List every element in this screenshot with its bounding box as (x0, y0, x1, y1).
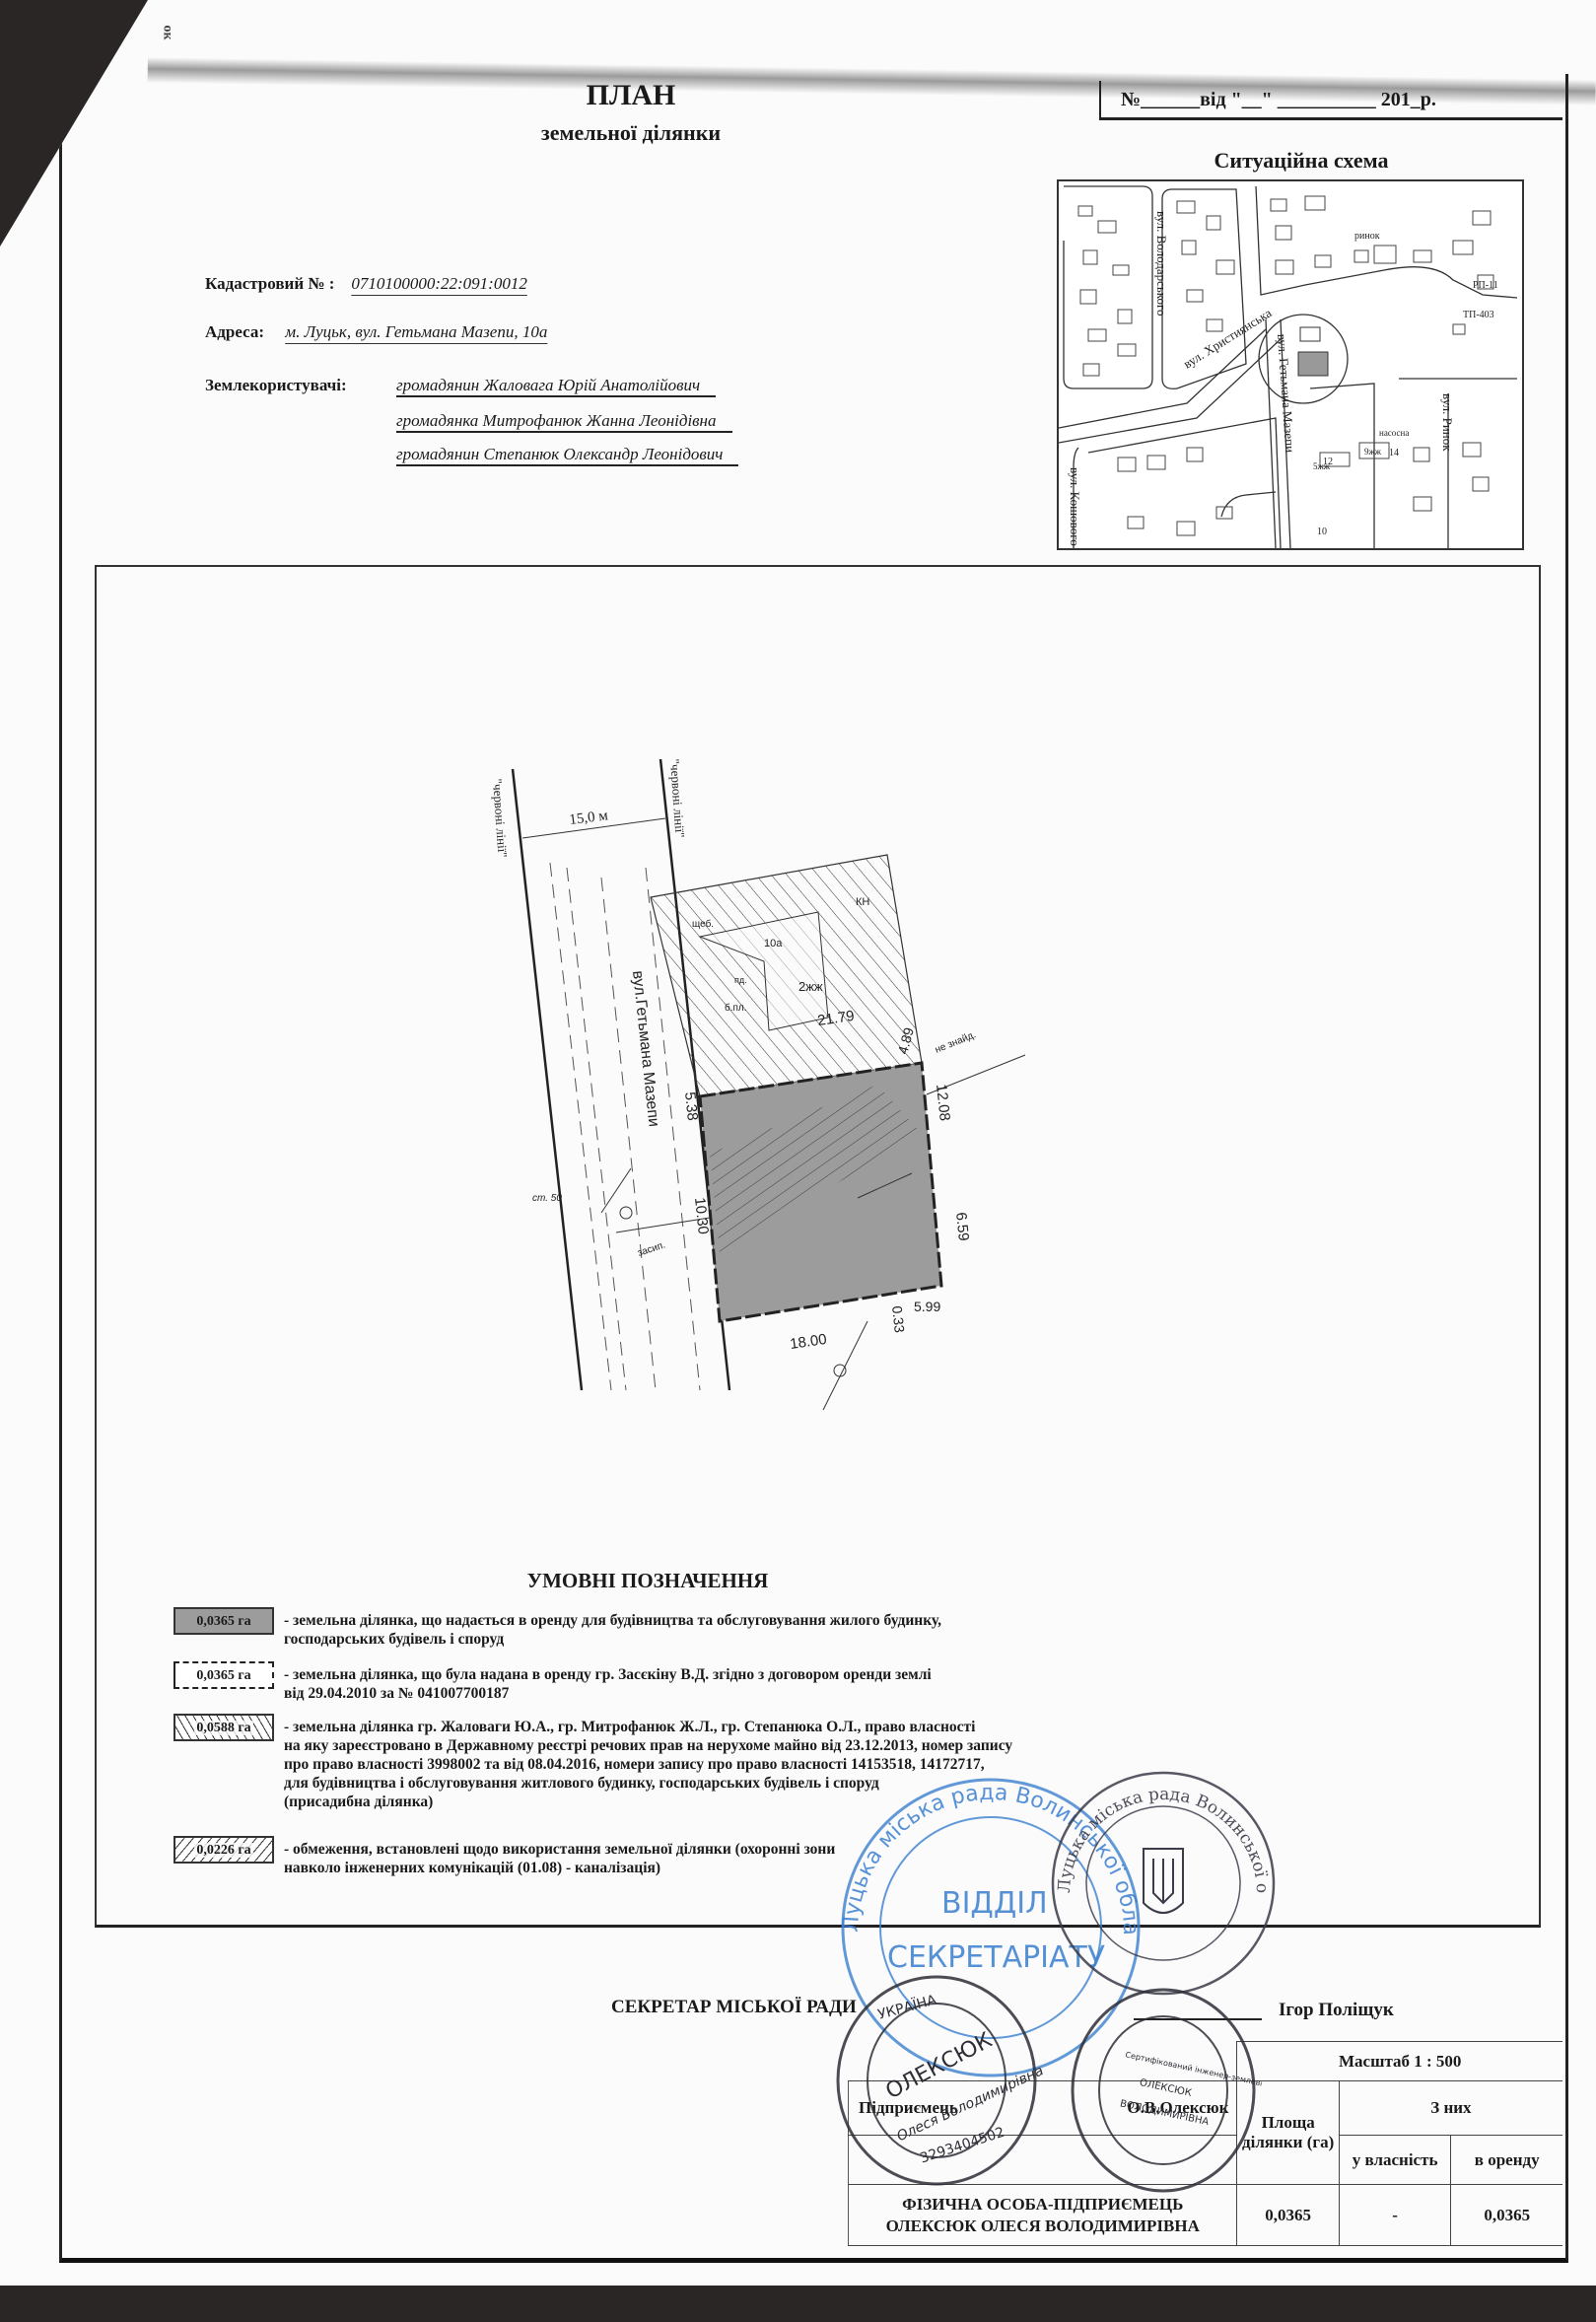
dimension-18-00: 18.00 (789, 1331, 828, 1353)
registration-number: №______від "__" __________ 201_р. (1099, 81, 1562, 120)
map-label-9zh: 9жж (1364, 447, 1382, 457)
legend-line: господарських будівель і споруд (284, 1630, 941, 1649)
address-label: Адреса: (205, 322, 264, 342)
legend-line: від 29.04.2010 за № 041007700187 (284, 1684, 932, 1703)
building-label-2zh: 2жж (798, 979, 823, 994)
secretary-role: СЕКРЕТАР МІСЬКОЇ РАДИ (611, 1997, 857, 2018)
pipe-label-st50: ст. 50 (532, 1193, 562, 1204)
address-field: Адреса: м. Луцьк, вул. Гетьмана Мазепи, … (205, 322, 547, 342)
legend-line: - земельна ділянка гр. Жаловаги Ю.А., гр… (284, 1718, 1012, 1736)
ownership-value: - (1339, 2185, 1451, 2246)
legend-key-dashed: 0,0365 га (173, 1661, 274, 1689)
legend-line: - обмеження, встановлені щодо використан… (284, 1840, 835, 1859)
red-lines-label: "червоні лінії" (667, 759, 688, 838)
area-value: 0,0365 (1237, 2185, 1339, 2246)
legend-key-solid: 0,0365 га (173, 1607, 274, 1635)
table-blank (849, 2042, 1237, 2081)
map-label-rp11: РП-11 (1473, 280, 1498, 291)
plot-info-table: Масштаб 1 : 500 Підприємець О.В.Олексюк … (848, 2041, 1562, 2246)
legend-line: для будівництва і обслуговування житлово… (284, 1774, 1012, 1793)
land-user: громадянин Степанюк Олександр Леонідович (396, 445, 738, 466)
not-found-label: не знайд. (934, 1029, 978, 1056)
company-line: ФІЗИЧНА ОСОБА-ПІДПРИЄМЕЦЬ (849, 2194, 1236, 2216)
signature-line (1134, 2018, 1262, 2020)
lease-header: в оренду (1451, 2136, 1562, 2185)
legend-key-hatched: 0,0588 га (173, 1714, 274, 1741)
plot-plan-svg: "червоні лінії" "червоні лінії" 15,0 м в… (473, 759, 1065, 1410)
legend-text: - обмеження, встановлені щодо використан… (284, 1840, 835, 1877)
page-title: ПЛАН (532, 79, 729, 112)
legend-line: навколо інженерних комунікацій (01.08) -… (284, 1859, 835, 1877)
entrepreneur-initials: О.В.Олексюк (1127, 2098, 1236, 2118)
legend-text: - земельна ділянка, що була надана в оре… (284, 1665, 932, 1703)
map-label-10: 10 (1317, 527, 1327, 537)
secretary-name: Ігор Поліщук (1279, 2000, 1394, 2021)
legend-text: - земельна ділянка, що надається в оренд… (284, 1611, 941, 1649)
map-label-5zh: 5жж (1313, 461, 1331, 471)
red-lines-label: "червоні лінії" (490, 778, 511, 858)
building-label-shcheb: щеб. (692, 918, 714, 930)
building-label-bpl: б.пл. (725, 1002, 747, 1014)
document-page: ф ок ПЛАН земельної ділянки №______від "… (0, 0, 1596, 2286)
legend-title: УМОВНІ ПОЗНАЧЕННЯ (505, 1569, 791, 1593)
entrepreneur-cell: Підприємець О.В.Олексюк (849, 2081, 1237, 2136)
situation-map-drawing: вул. Володарського вул. Християнська вул… (1059, 181, 1522, 548)
scale-cell: Масштаб 1 : 500 (1237, 2042, 1562, 2081)
street-name: вул.Гетьмана Мазепи (629, 970, 662, 1128)
legend-key-label: 0,0588 га (194, 1721, 252, 1735)
land-users-label: Землекористувачі: (205, 376, 347, 395)
land-user: громадянка Митрофанюк Жанна Леонідівна (396, 411, 732, 433)
cadastre-number: 0710100000:22:091:0012 (351, 274, 526, 293)
street-label-volodarskoho: вул. Володарського (1154, 211, 1169, 316)
road-width: 15,0 м (569, 808, 610, 828)
map-label-market: ринок (1354, 231, 1380, 242)
plot-drawing: "червоні лінії" "червоні лінії" 15,0 м в… (473, 759, 1065, 1410)
situation-scheme-title: Ситуаційна схема (1173, 148, 1429, 174)
cadastre-field: Кадастровий № : 0710100000:22:091:0012 (205, 274, 527, 294)
map-label-14: 14 (1389, 448, 1399, 458)
table-blank (849, 2136, 1237, 2185)
dimension-10-30: 10.30 (691, 1197, 712, 1235)
dimension-5-38: 5.38 (681, 1091, 701, 1122)
area-header: Площа ділянки (га) (1237, 2081, 1339, 2185)
street-label-mazepy: вул. Гетьмана Мазепи (1275, 333, 1297, 453)
of-them-header: З них (1339, 2081, 1562, 2136)
street-label-khrystyianska: вул. Християнська (1181, 305, 1275, 371)
dimension-5-99: 5.99 (914, 1299, 940, 1314)
legend-line: про право власності 3998002 та від 08.04… (284, 1755, 1012, 1774)
legend-line: - земельна ділянка, що надається в оренд… (284, 1611, 941, 1630)
entrepreneur-label: Підприємець (859, 2098, 958, 2117)
ownership-header: у власність (1339, 2136, 1451, 2185)
legend-line: (присадибна ділянка) (284, 1793, 1012, 1811)
legend-key-cross-hatched: 0,0226 га (173, 1836, 274, 1864)
dimension-0-33: 0.33 (889, 1305, 908, 1334)
back-mark: ок (160, 25, 175, 39)
cadastre-label: Кадастровий № : (205, 274, 334, 294)
street-label-rynok: вул. Ринок (1440, 393, 1455, 452)
building-label-pd: пд. (734, 975, 747, 985)
building-label-10a: 10а (764, 938, 783, 950)
legend-text: - земельна ділянка гр. Жаловаги Ю.А., гр… (284, 1718, 1012, 1811)
dimension-12-08: 12.08 (933, 1084, 953, 1122)
backfill-label: засип. (637, 1239, 667, 1258)
situation-scheme-map: вул. Володарського вул. Християнська вул… (1057, 179, 1524, 550)
legend-line: на яку зареєстровано в Державному реєстр… (284, 1736, 1012, 1755)
land-user: громадянин Жаловага Юрій Анатолійович (396, 376, 716, 397)
map-label-pump: насосна (1379, 428, 1409, 438)
company-cell: ФІЗИЧНА ОСОБА-ПІДПРИЄМЕЦЬ ОЛЕКСЮК ОЛЕСЯ … (849, 2185, 1237, 2246)
legend-line: - земельна ділянка, що була надана в оре… (284, 1665, 932, 1684)
street-label-koshovoho: вул. Кошового (1068, 467, 1082, 546)
lease-value: 0,0365 (1451, 2185, 1562, 2246)
legend-key-label: 0,0226 га (194, 1843, 252, 1858)
page-subtitle: земельної ділянки (453, 120, 808, 146)
building-label-kn: КН (856, 896, 869, 908)
back-mark: ф (56, 28, 72, 37)
company-line: ОЛЕКСЮК ОЛЕСЯ ВОЛОДИМИРІВНА (849, 2216, 1236, 2237)
dimension-6-59: 6.59 (952, 1212, 972, 1242)
address-value: м. Луцьк, вул. Гетьмана Мазепи, 10а (285, 322, 547, 341)
map-label-tp403: ТП-403 (1463, 310, 1494, 320)
